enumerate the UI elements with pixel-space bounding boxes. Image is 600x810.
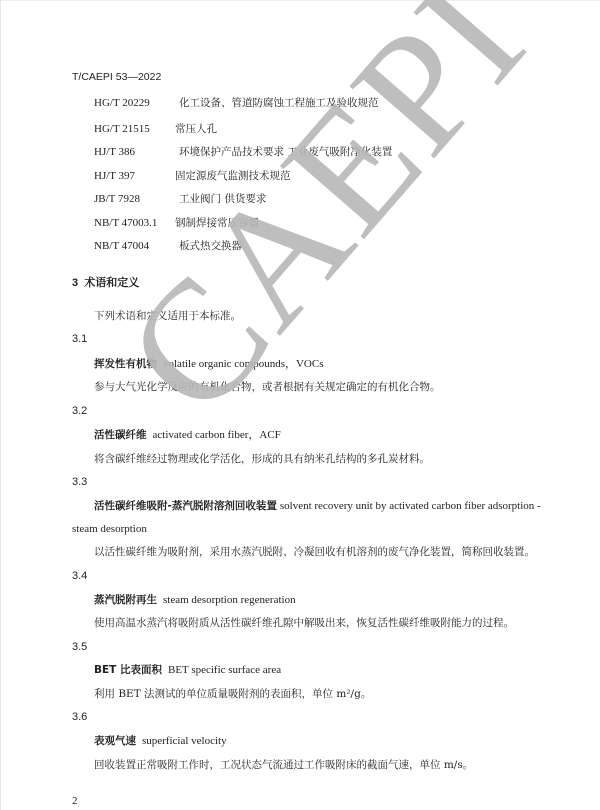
- term-number: 3.3: [72, 475, 87, 489]
- term-chinese: 挥发性有机物: [94, 358, 157, 370]
- term-heading: 表观气速superficial velocity: [94, 734, 227, 748]
- term-english: solvent recovery unit by activated carbo…: [280, 500, 541, 512]
- term-number: 3.2: [72, 404, 87, 418]
- reference-title: 工业阀门 供货要求: [179, 192, 266, 206]
- term-english: BET specific surface area: [168, 664, 281, 676]
- term-heading: 蒸汽脱附再生steam desorption regeneration: [94, 593, 296, 607]
- reference-code: HJ/T 386: [94, 145, 135, 159]
- reference-title: 钢制焊接常压容器: [175, 216, 259, 230]
- section-heading: 3 术语和定义: [72, 276, 139, 290]
- reference-title: 常压人孔: [175, 122, 217, 136]
- section-intro: 下列术语和定义适用于本标准。: [94, 309, 241, 323]
- term-chinese: 表观气速: [94, 735, 136, 747]
- reference-code: HG/T 21515: [94, 122, 150, 136]
- reference-title: 固定源废气监测技术规范: [175, 169, 291, 183]
- term-english: volatile organic compounds，VOCs: [163, 358, 324, 370]
- term-chinese: 活性碳纤维吸附-蒸汽脱附溶剂回收装置: [94, 500, 277, 512]
- term-definition: 参与大气光化学反应的有机化合物，或者根据有关规定确定的有机化合物。: [94, 380, 441, 394]
- term-definition: 使用高温水蒸汽将吸附质从活性碳纤维孔隙中解吸出来，恢复活性碳纤维吸附能力的过程。: [94, 616, 514, 630]
- reference-code: JB/T 7928: [94, 192, 140, 206]
- page-number: 2: [72, 794, 78, 808]
- reference-title: 板式热交换器: [179, 239, 242, 253]
- term-definition: 以活性碳纤维为吸附剂，采用水蒸汽脱附、冷凝回收有机溶剂的废气净化装置，简称回收装…: [94, 545, 535, 559]
- section-title: 术语和定义: [84, 277, 139, 289]
- standard-id-header: T/CAEPI 53—2022: [72, 70, 161, 84]
- term-number: 3.1: [72, 332, 87, 346]
- reference-code: NB/T 47004: [94, 239, 149, 253]
- term-english: superficial velocity: [142, 735, 227, 747]
- term-definition: 利用 BET 法测试的单位质量吸附剂的表面积，单位 m²/g。: [94, 687, 371, 701]
- term-chinese: 活性碳纤维: [94, 429, 147, 441]
- term-number: 3.4: [72, 569, 87, 583]
- term-chinese: 蒸汽脱附再生: [94, 594, 157, 606]
- reference-code: HJ/T 397: [94, 169, 135, 183]
- term-definition: 将含碳纤维经过物理或化学活化，形成的具有纳米孔结构的多孔炭材料。: [94, 452, 430, 466]
- term-english: steam desorption regeneration: [163, 594, 296, 606]
- term-number: 3.6: [72, 710, 87, 724]
- term-chinese: BET 比表面积: [94, 664, 162, 676]
- term-heading: 活性碳纤维吸附-蒸汽脱附溶剂回收装置solvent recovery unit …: [94, 499, 541, 513]
- reference-code: NB/T 47003.1: [94, 216, 157, 230]
- term-english-continued: steam desorption: [72, 522, 147, 536]
- reference-code: HG/T 20229: [94, 96, 150, 110]
- term-heading: 活性碳纤维activated carbon fiber，ACF: [94, 428, 281, 442]
- term-number: 3.5: [72, 640, 87, 654]
- reference-title: 环境保护产品技术要求 工业废气吸附净化装置: [179, 145, 392, 159]
- term-heading: 挥发性有机物volatile organic compounds，VOCs: [94, 357, 324, 371]
- term-english: activated carbon fiber，ACF: [153, 429, 281, 441]
- term-definition: 回收装置正常吸附工作时，工况状态气流通过工作吸附床的截面气速，单位 m/s。: [94, 758, 473, 772]
- watermark: CAEPI: [96, 0, 553, 443]
- reference-title: 化工设备、管道防腐蚀工程施工及验收规范: [179, 96, 379, 110]
- term-heading: BET 比表面积BET specific surface area: [94, 663, 281, 677]
- document-page: T/CAEPI 53—2022 HG/T 20229 化工设备、管道防腐蚀工程施…: [0, 0, 600, 810]
- section-number: 3: [72, 277, 78, 289]
